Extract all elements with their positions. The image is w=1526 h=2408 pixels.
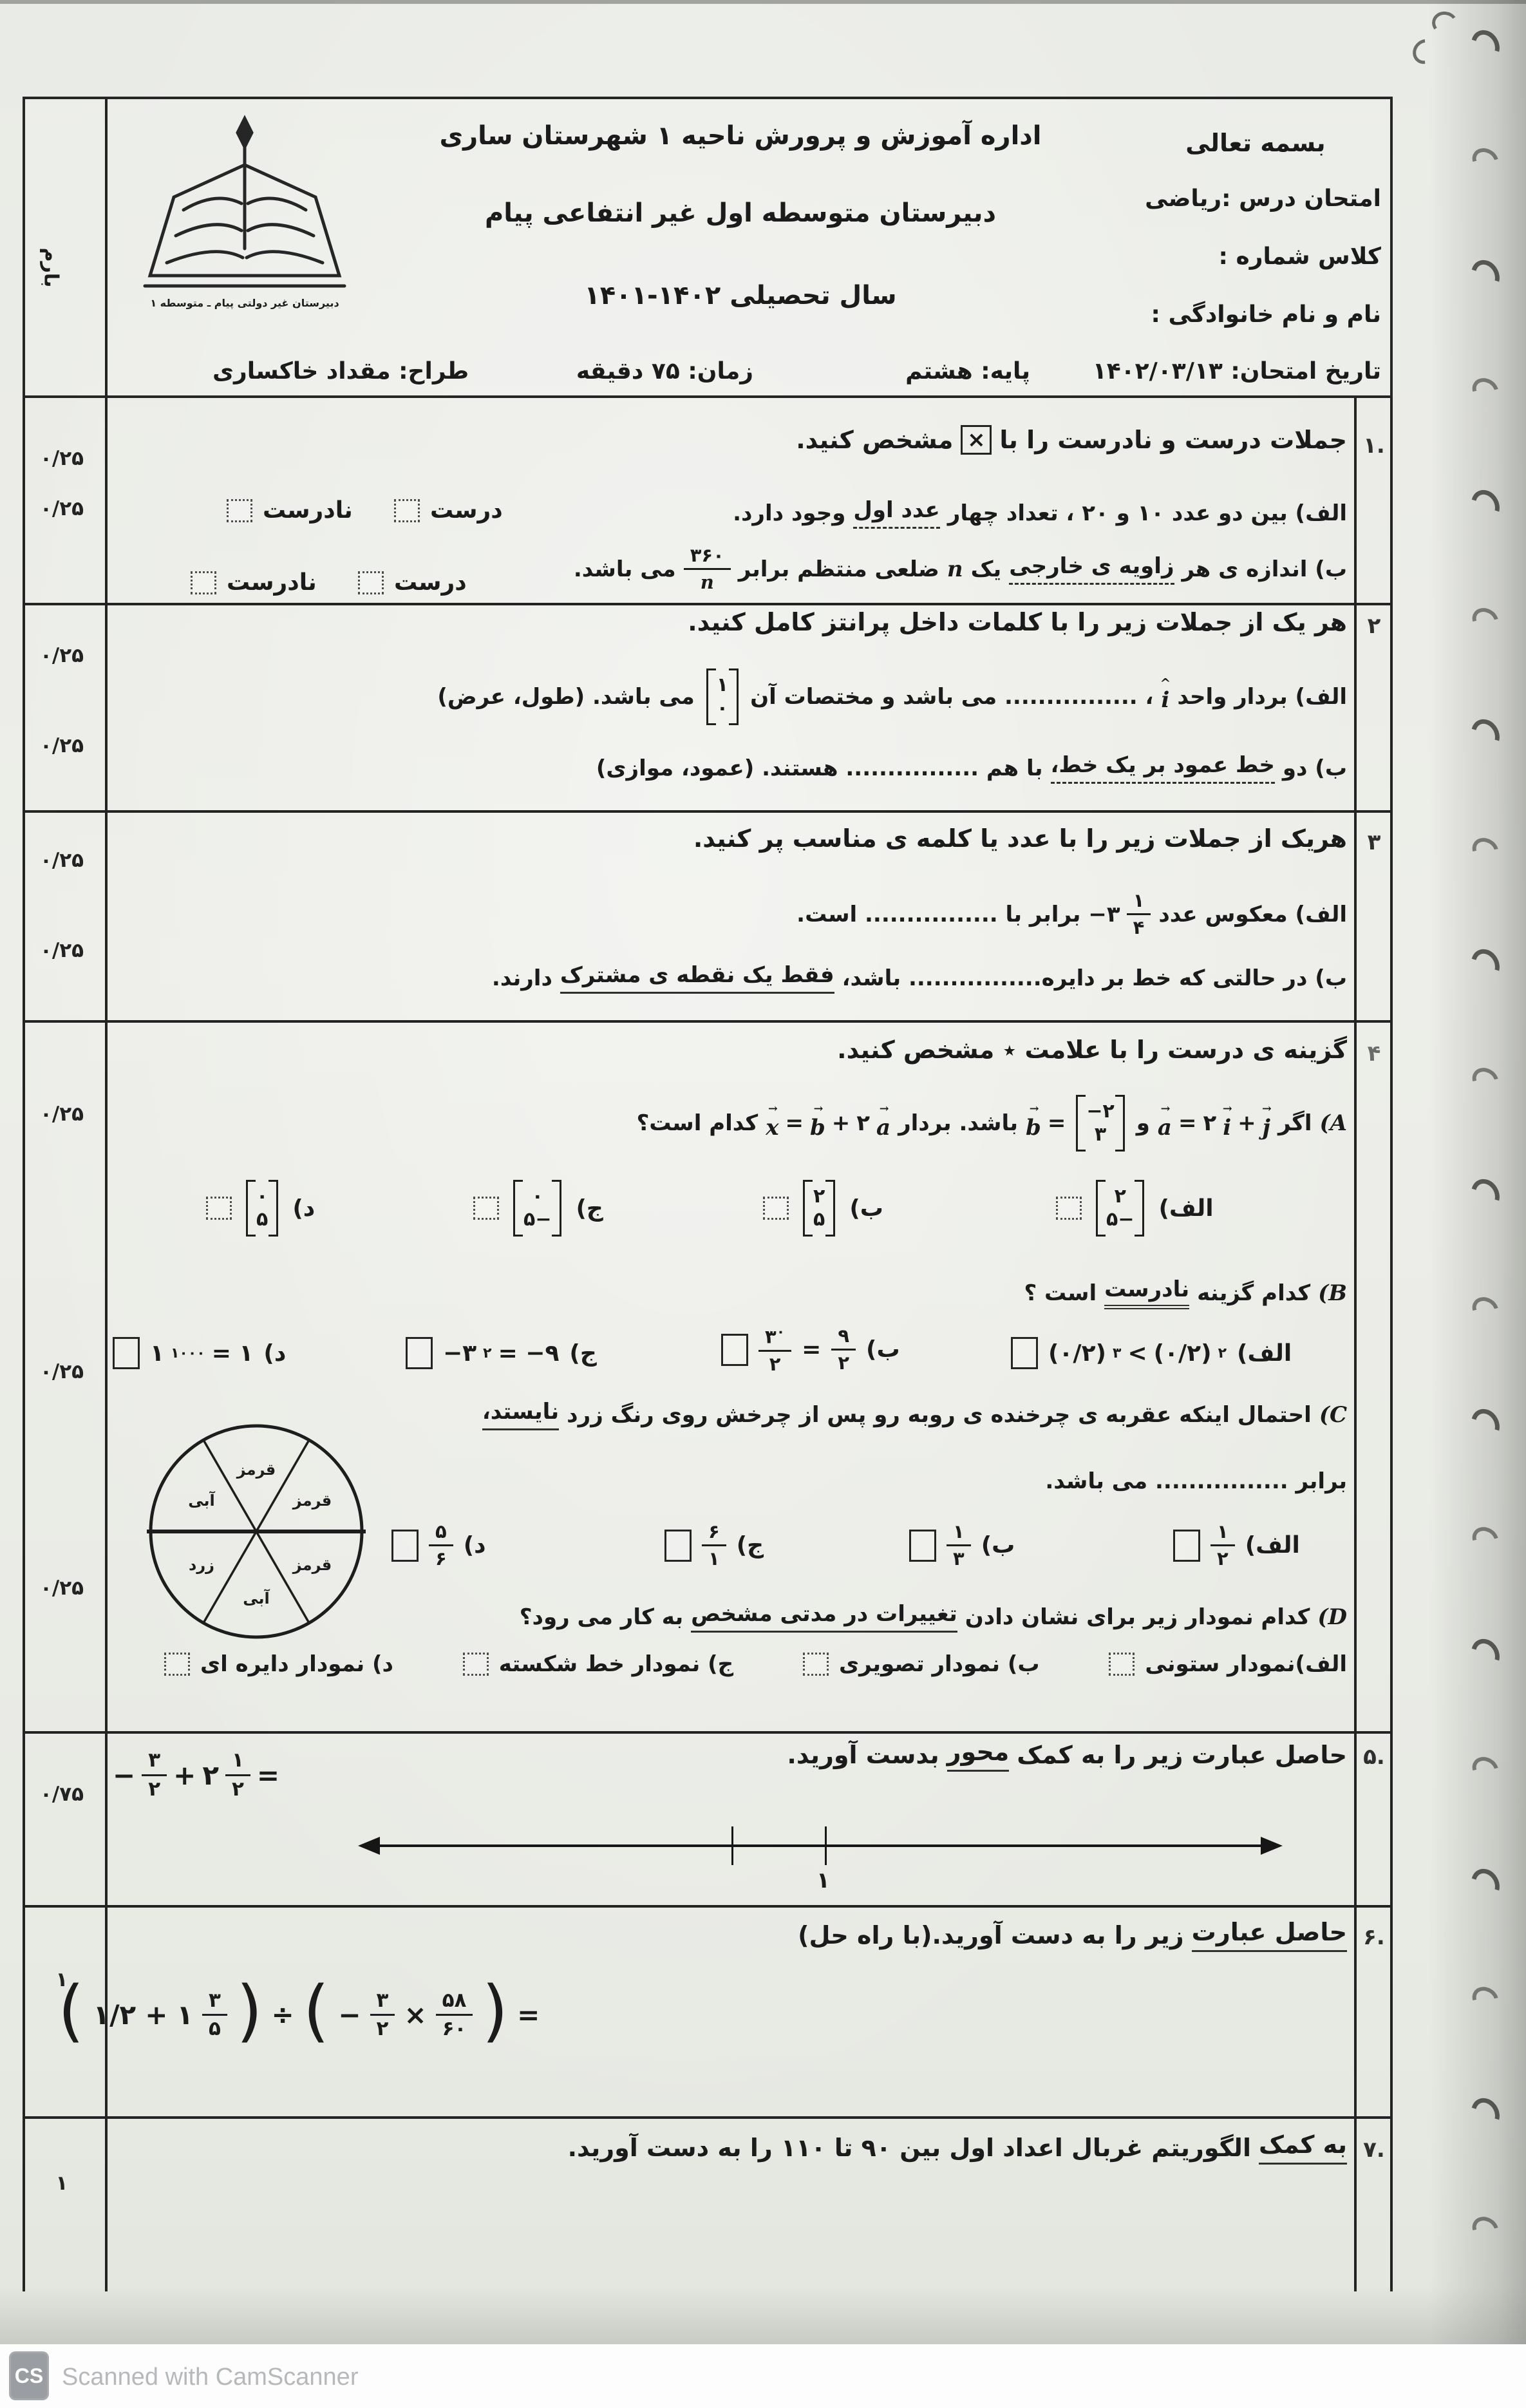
camscanner-bar: CS Scanned with CamScanner xyxy=(0,2344,1526,2408)
checkbox xyxy=(191,571,216,594)
question-4D-text: D) کدام نمودار زیر برای نشان دادن تغییرا… xyxy=(520,1601,1347,1633)
checkbox xyxy=(1109,1653,1135,1676)
axis-tick xyxy=(825,1826,827,1865)
school-logo: دبیرستان غیر دولتی پیام ـ متوسطه ۱ xyxy=(119,113,370,326)
row-divider xyxy=(23,1905,1393,1908)
logo-caption: دبیرستان غیر دولتی پیام ـ متوسطه ۱ xyxy=(150,297,339,310)
score-q4C: ۰/۲۵ xyxy=(23,1577,101,1600)
q4D-option-be: ب) نمودار تصویری xyxy=(803,1651,1040,1677)
checkbox xyxy=(909,1530,936,1562)
question-5-expression: − ۳۲ + ۲ ۱۲ = xyxy=(113,1749,279,1801)
score-q4A: ۰/۲۵ xyxy=(23,1103,101,1126)
org-line-3: سال تحصیلی ۱۴۰۲-۱۴۰۱ xyxy=(399,281,1082,310)
fraction-360-over-n: ۳۶۰ n xyxy=(684,545,731,594)
exam-subject: امتحان درس :ریاضی xyxy=(1145,185,1381,212)
row-divider xyxy=(23,810,1393,813)
question-4-number: ۴ xyxy=(1354,1041,1394,1067)
row-divider xyxy=(23,1731,1393,1734)
scanned-exam-page: بارم دبیرستان غیر دولتی پیام ـ متوسطه ۱ … xyxy=(0,0,1526,2408)
question-3-number: ۳ xyxy=(1354,830,1394,855)
org-line-1: اداره آموزش و پرورش ناحیه ۱ شهرستان ساری xyxy=(399,121,1082,151)
q4A-option-be: ب) ۲۵ xyxy=(763,1180,883,1237)
checkbox xyxy=(1011,1337,1038,1369)
q4B-option-alef: الف) (۰/۲)۳ < (۰/۲)۲ xyxy=(1011,1337,1292,1369)
question-3b-text: ب) در حالتی که خط بر دایره..............… xyxy=(492,962,1347,994)
spinner-sector-label: آبی xyxy=(188,1491,215,1510)
checkbox xyxy=(803,1653,829,1676)
camscanner-watermark-text: Scanned with CamScanner xyxy=(62,2364,358,2391)
checkbox xyxy=(227,499,252,522)
student-name-label: نام و نام خانوادگی : xyxy=(1151,301,1381,328)
exam-date: تاریخ امتحان: ۱۴۰۲/۰۳/۱۳ xyxy=(1093,358,1381,384)
power-expression: −۳۲ = −۹ xyxy=(443,1340,559,1367)
spinner-chart: قرمز قرمز آبی زرد آبی قرمز xyxy=(140,1416,372,1647)
q4B-option-jim: ج) −۳۲ = −۹ xyxy=(406,1337,597,1369)
checkbox xyxy=(463,1653,489,1676)
formula-x-equals: x = b + ۲ a xyxy=(766,1106,890,1141)
checkbox xyxy=(358,571,384,594)
q4D-option-dal: د) نمودار دایره ای xyxy=(164,1651,393,1677)
row-divider xyxy=(23,603,1393,605)
arrowhead-right xyxy=(1261,1837,1283,1855)
question-5-title: حاصل عبارت زیر را به کمک محور بدست آورید… xyxy=(787,1738,1347,1772)
score-q2a: ۰/۲۵ xyxy=(23,644,101,667)
scan-top-edge xyxy=(0,0,1526,4)
checkbox xyxy=(391,1530,419,1562)
checkbox xyxy=(763,1197,789,1220)
q4A-option-jim: ج) ۰−۵ xyxy=(473,1180,603,1237)
question-1a-text: الف) بین دو عدد ۱۰ و ۲۰ ، تعداد چهار عدد… xyxy=(733,497,1347,529)
question-5-number: ۵. xyxy=(1354,1744,1394,1770)
checkbox xyxy=(1056,1197,1082,1220)
number-line: ۱ xyxy=(359,1830,1281,1901)
camscanner-logo-icon: CS xyxy=(9,2351,49,2400)
question-4-title: گزینه ی درست را با علامت ٭ مشخص کنید. xyxy=(837,1036,1347,1064)
table-left-border xyxy=(23,398,25,2291)
score-q3a: ۰/۲۵ xyxy=(23,849,101,872)
question-3a-text: الف) معکوس عدد −۳ ۱۴ برابر با ..........… xyxy=(796,890,1347,939)
formula-a-equals: a = ۲ i + j xyxy=(1158,1106,1270,1141)
variable-n: n xyxy=(947,556,963,582)
question-4A-text: A) اگر a = ۲ i + j و b = −۲۳ باشد. بردار… xyxy=(637,1086,1347,1161)
question-7-title: به کمک الگوریتم غربال اعداد اول بین ۹۰ ت… xyxy=(568,2130,1347,2165)
table-right-border xyxy=(1390,398,1393,2291)
question-number-divider xyxy=(1354,398,1357,2291)
question-6-expression: ( ۱/۲ + ۱ ۳۵ ) ÷ ( − ۳۲ × ۵۸۶۰ ) = xyxy=(58,1985,540,2045)
question-2a-text: الف) بردار واحد i ، ................ می … xyxy=(437,663,1347,730)
question-4D-options: الف)نمودار ستونی ب) نمودار تصویری ج) نمو… xyxy=(164,1651,1347,1677)
q4A-option-dal: د) ۰۵ xyxy=(206,1180,315,1237)
score-q5: ۰/۷۵ xyxy=(23,1783,101,1806)
checkbox xyxy=(473,1197,499,1220)
q1a-true-option: درست xyxy=(394,497,503,524)
checkbox xyxy=(664,1530,692,1562)
question-2b-text: ب) دو خط عمود بر یک خط، با هم ..........… xyxy=(596,752,1347,784)
class-number-label: کلاس شماره : xyxy=(1219,243,1381,270)
question-4C-line2: برابر ................ می باشد. xyxy=(1045,1468,1347,1494)
question-2-title: هر یک از جملات زیر را با کلمات داخل پران… xyxy=(688,608,1347,636)
power-expression: ۱۱۰۰۰ = ۱ xyxy=(150,1340,253,1367)
inequality-expression: (۰/۲)۳ < (۰/۲)۲ xyxy=(1048,1340,1227,1367)
q4C-option-alef: الف) ۱۲ xyxy=(1173,1521,1300,1570)
q4D-option-jim: ج) نمودار خط شکسته xyxy=(463,1651,733,1677)
question-1-title: جملات درست و نادرست را با × مشخص کنید. xyxy=(796,425,1347,455)
row-divider xyxy=(23,1020,1393,1023)
page-bottom-shadow xyxy=(0,2286,1526,2344)
question-1-number: ۱. xyxy=(1354,433,1394,459)
score-q7: ۱ xyxy=(23,2172,101,2195)
question-6-number: ۶. xyxy=(1354,1924,1394,1950)
q1b-true-option: درست xyxy=(358,569,467,596)
spinner-sector-label: قرمز xyxy=(236,1461,276,1479)
score-column-divider xyxy=(105,97,108,2291)
exam-designer: طراح: مقداد خاکساری xyxy=(212,358,469,384)
question-7-number: ۷. xyxy=(1354,2137,1394,2163)
q4D-option-alef: الف)نمودار ستونی xyxy=(1109,1651,1347,1677)
score-column-header: بارم xyxy=(39,248,62,288)
checkbox xyxy=(394,499,420,522)
spinner-sector-label: قرمز xyxy=(292,1556,332,1574)
checkbox xyxy=(206,1197,232,1220)
axis-tick-label: ۱ xyxy=(816,1868,830,1893)
checkbox xyxy=(113,1337,140,1369)
score-q1b: ۰/۲۵ xyxy=(23,497,101,520)
q1b-false-option: نادرست xyxy=(191,569,317,596)
question-6-title: حاصل عبارت زیر را به دست آورید.(با راه ح… xyxy=(798,1918,1347,1952)
grade-level: پایه: هشتم xyxy=(905,358,1030,384)
q1a-false-option: نادرست xyxy=(227,497,353,524)
checkbox xyxy=(164,1653,190,1676)
question-1b-text: ب) اندازه ی هر زاویه ی خارجی یک n ضلعی م… xyxy=(574,545,1347,594)
arrowhead-left xyxy=(358,1837,380,1855)
row-divider xyxy=(23,2116,1393,2119)
bismillah: بسمه تعالی xyxy=(1127,129,1384,157)
axis-tick xyxy=(731,1826,733,1865)
q4C-option-jim: ج) ۶۱ xyxy=(664,1521,764,1570)
score-q6: ۱ xyxy=(23,1968,101,1991)
spiral-binding-marks xyxy=(1472,30,1517,2245)
q4C-option-be: ب) ۱۳ xyxy=(909,1521,1015,1570)
mixed-number: −۳ ۱۴ xyxy=(1088,890,1151,939)
q4B-option-be: ب) ۹۲ = ۳۰۲ xyxy=(721,1324,900,1375)
score-q4B: ۰/۲۵ xyxy=(23,1360,101,1383)
checked-box-icon: × xyxy=(961,425,992,455)
unit-vector-i: i xyxy=(1161,681,1169,713)
org-line-2: دبیرستان متوسطه اول غیر انتفاعی پیام xyxy=(399,198,1082,228)
spinner-sector-label: آبی xyxy=(243,1589,270,1607)
spinner-sector-label: قرمز xyxy=(292,1492,332,1510)
q4B-option-dal: د) ۱۱۰۰۰ = ۱ xyxy=(113,1337,286,1369)
q4C-option-dal: د) ۵۶ xyxy=(391,1521,486,1570)
question-4B-text: B) کدام گزینه نادرست است ؟ xyxy=(1024,1276,1348,1309)
exam-duration: زمان: ۷۵ دقیقه xyxy=(576,358,753,384)
checkbox xyxy=(406,1337,433,1369)
q4A-option-alef: الف) ۲−۵ xyxy=(1056,1180,1214,1237)
score-q2b: ۰/۲۵ xyxy=(23,734,101,757)
question-2-number: ۲ xyxy=(1354,613,1394,639)
formula-b-equals: b = −۲۳ xyxy=(1026,1095,1129,1152)
checkbox xyxy=(721,1334,748,1366)
spinner-sector-label: زرد xyxy=(189,1556,214,1574)
score-q1a: ۰/۲۵ xyxy=(23,447,101,470)
question-3-title: هریک از جملات زیر را با عدد یا کلمه ی من… xyxy=(693,824,1347,853)
question-4C-text: C) احتمال اینکه عقربه ی چرخنده ی روبه رو… xyxy=(482,1399,1347,1430)
vector-1-0: ۱ ۰ xyxy=(706,668,739,725)
score-q3b: ۰/۲۵ xyxy=(23,939,101,962)
checkbox xyxy=(1173,1530,1200,1562)
